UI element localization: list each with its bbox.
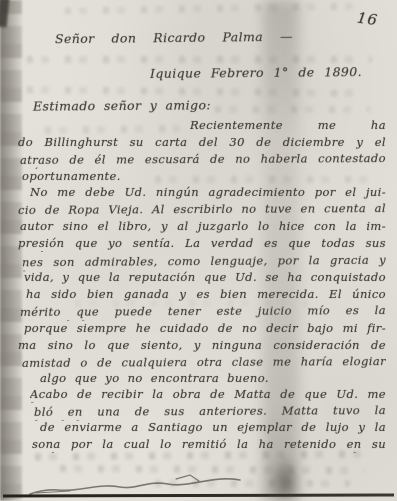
letter-line: vida, y que la reputación que Ud. se ha …	[24, 271, 386, 286]
scan-edge-line	[3, 493, 394, 497]
letter-line: sona por la cual lo remitió la ha reteni…	[32, 438, 386, 453]
dateline: Iquique Febrero 1° de 1890.	[150, 65, 362, 82]
letter-line: cio de Ropa Vieja. Al escribirlo no tuve…	[18, 202, 386, 219]
bleedthrough-mark	[150, 176, 370, 183]
recipient-line: Señor don Ricardo Palma — Lima.	[55, 30, 293, 47]
salutation: Estimado señor y amigo:	[33, 98, 211, 112]
letter-line: autor sino el libro, y al juzgarlo lo hi…	[20, 220, 386, 235]
letter-line: amistad o de cualquiera otra clase me ha…	[22, 355, 386, 372]
letter-line: porque siempre he cuidado de no decir ba…	[24, 322, 386, 337]
letter-line: do Billinghurst su carta del 30 de dicie…	[18, 136, 386, 151]
bleedthrough-mark	[22, 86, 362, 97]
letter-line: presión que yo sentía. La verdad es que …	[18, 237, 386, 252]
letter-line: ha sido bien ganada y es bien merecida. …	[26, 288, 386, 303]
bleedthrough-mark	[210, 106, 370, 113]
letter-line: algo que yo no encontrara bueno.	[40, 372, 269, 385]
letter-line: nes son admirables, como lenguaje, por l…	[22, 254, 386, 272]
letter-line: Recientemente me ha entrega-	[190, 119, 386, 134]
letter-line: bló en una de sus anteriores. Matta tuvo…	[34, 404, 386, 421]
letter-line: Acabo de recibir la obra de Matta de que…	[30, 388, 386, 403]
bleedthrough-mark	[22, 56, 372, 63]
letter-line: atraso de él me escusará de no haberla c…	[20, 152, 386, 169]
letter-line: de enviarme a Santiago un ejemplar de lu…	[40, 421, 386, 436]
bleedthrough-mark	[40, 125, 180, 134]
letter-line: oportunamente.	[22, 170, 121, 183]
scan-smudge-blob	[270, 455, 300, 499]
letter-line: No me debe Ud. ningún agradecimiento por…	[30, 186, 386, 201]
letter-line: mérito que puede tener este juicio mío e…	[20, 304, 386, 321]
bleedthrough-mark	[60, 2, 360, 14]
manuscript-page: 16 Señor don Ricardo Palma — Lima. Iquiq…	[0, 0, 397, 501]
folio-number: 16	[356, 9, 379, 30]
letter-line: ma sino lo que siento, y ninguna conside…	[18, 339, 386, 354]
